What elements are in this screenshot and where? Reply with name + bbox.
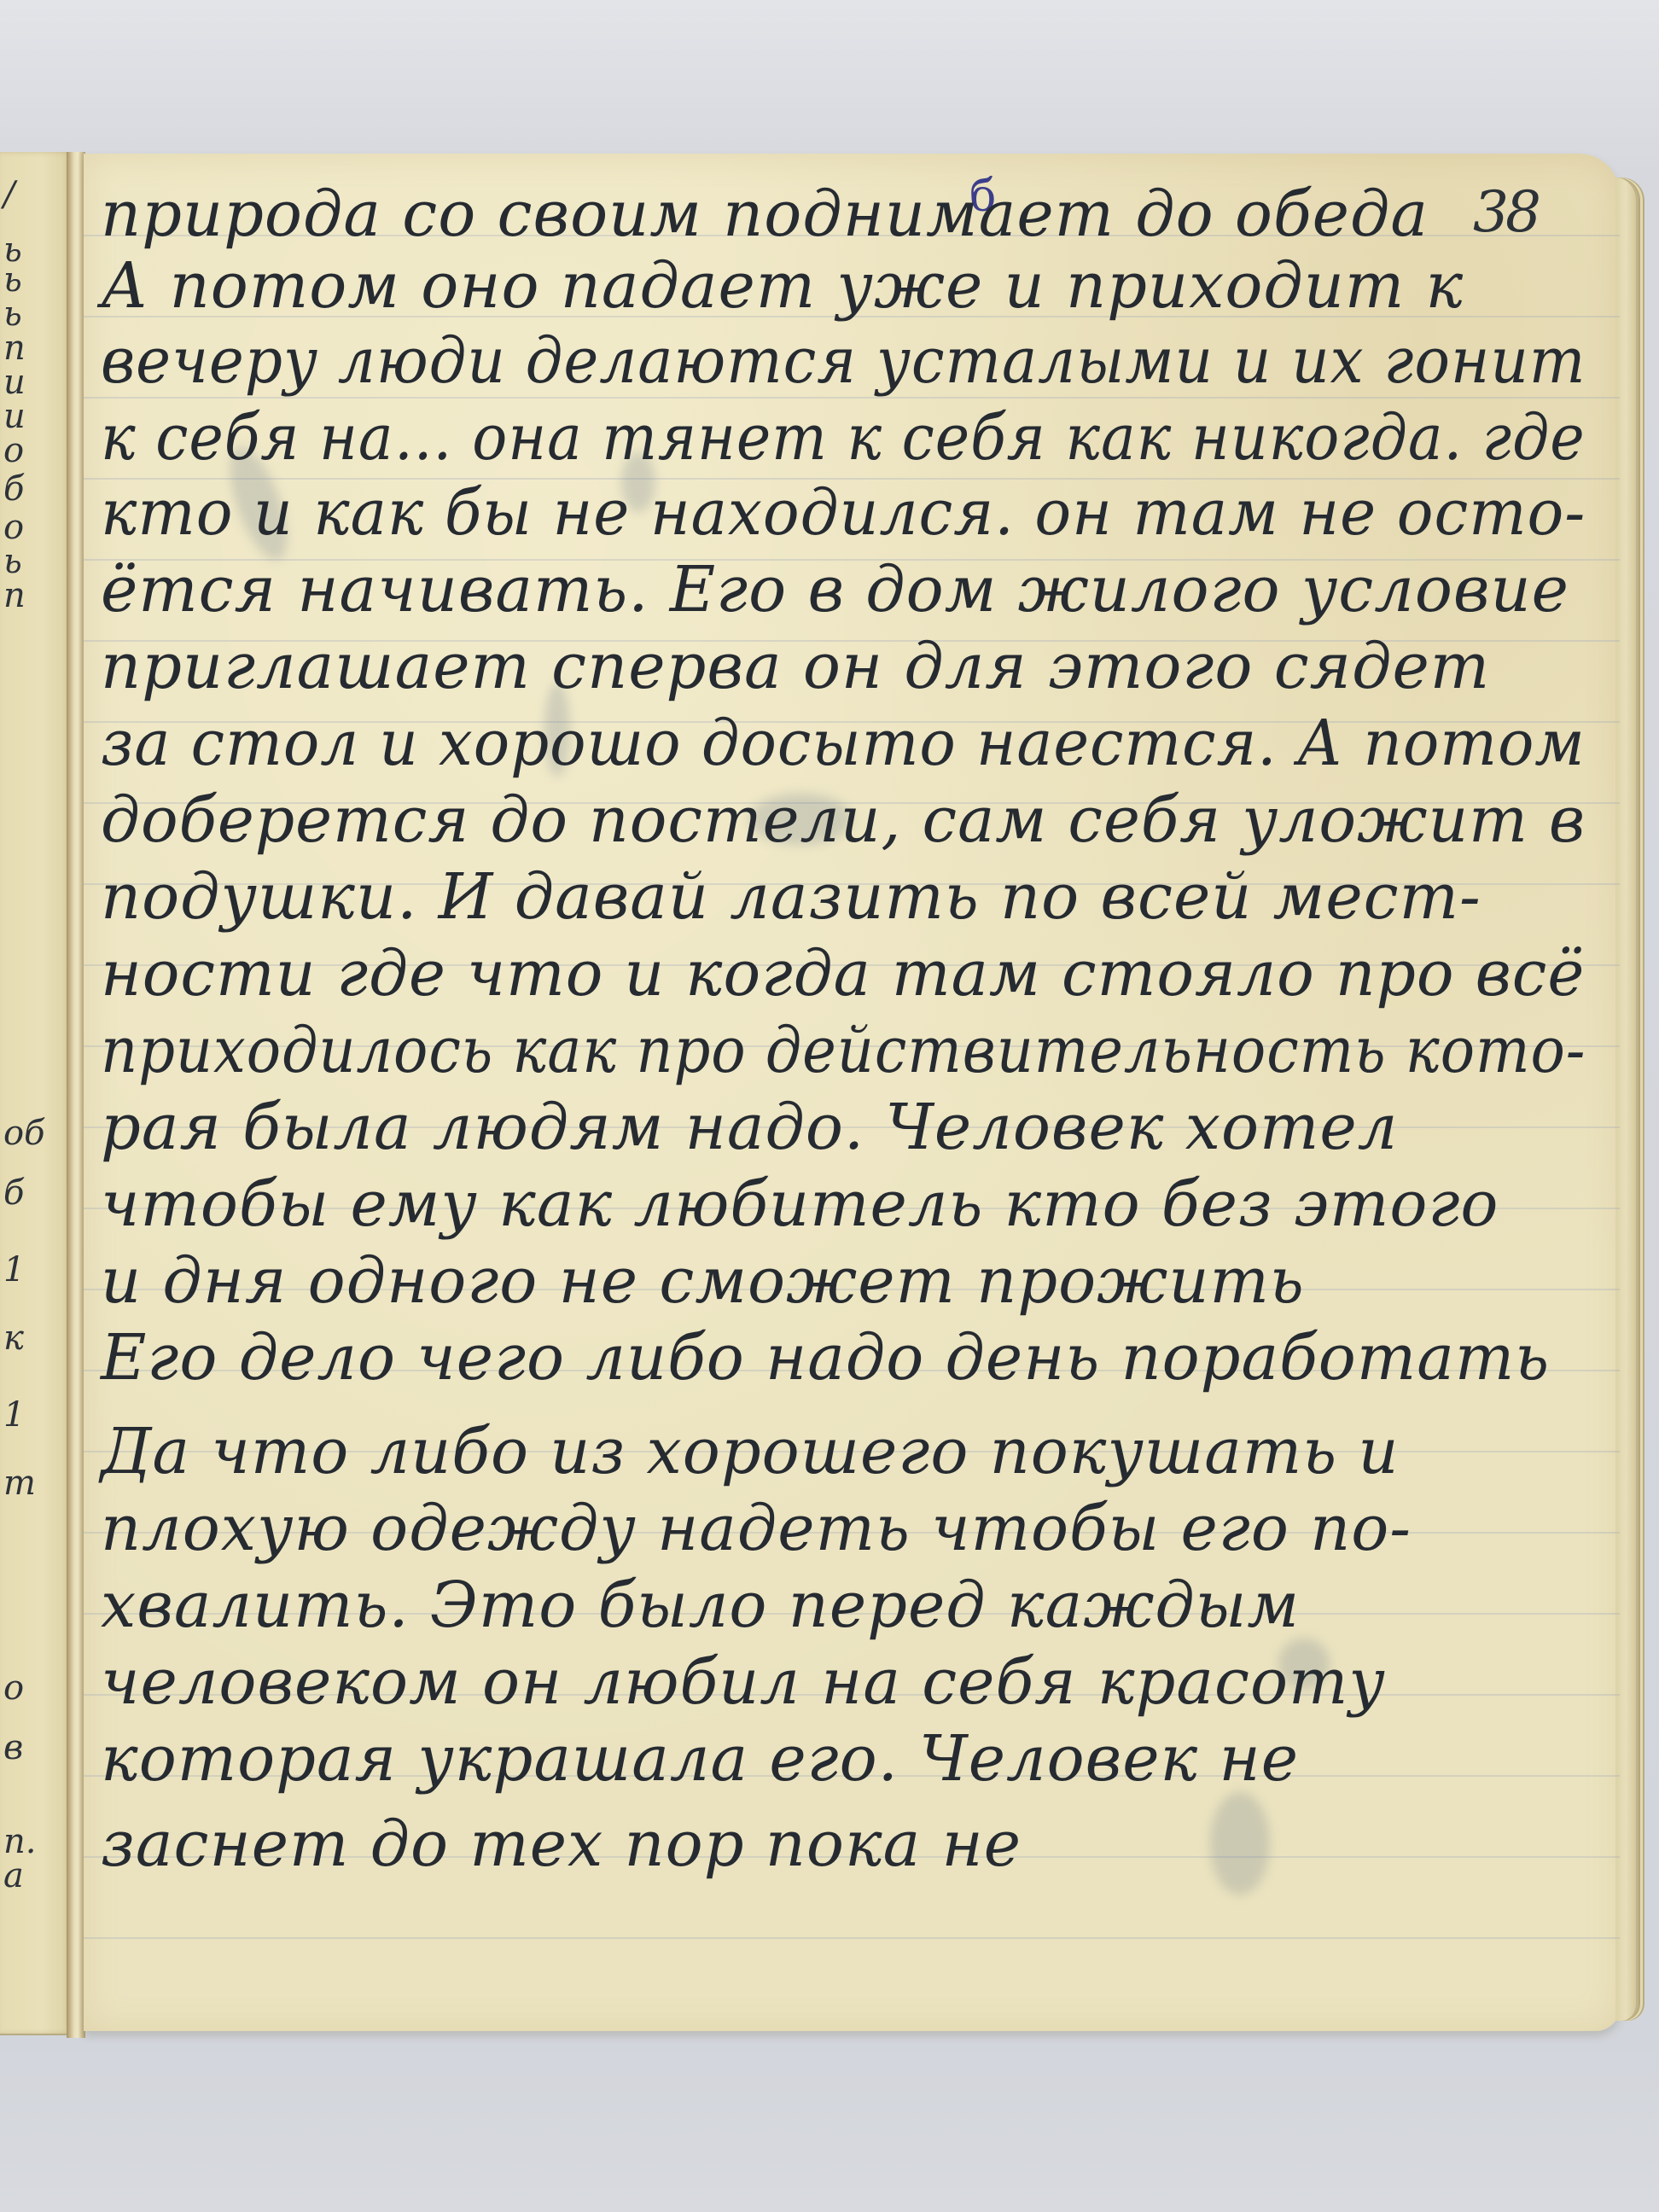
handwritten-line: приходилось как про действительность кот… — [101, 1014, 1462, 1087]
facing-page-strip: / ь ь ь п и и о б о ь п об б 1 к 1 т о в… — [0, 152, 70, 2035]
handwritten-line: Да что либо из хорошего покушать и — [101, 1415, 1586, 1488]
handwritten-line: и дня одного не сможет прожить — [101, 1244, 1586, 1318]
handwritten-line: рая была людям надо. Человек хотел — [101, 1091, 1586, 1164]
facing-page-fragment: и — [3, 365, 26, 399]
handwritten-line: А потом оно падает уже и приходит к — [101, 249, 1586, 323]
handwritten-line: хвалить. Это было перед каждым — [101, 1569, 1586, 1642]
handwritten-line: приглашает сперва он для этого сядет — [101, 630, 1586, 703]
facing-page-fragment: б — [3, 1176, 24, 1210]
handwritten-line: заснет до тех пор пока не — [101, 1807, 1586, 1881]
facing-page-fragment: 1 — [3, 1253, 25, 1287]
notebook-page: 38 б природа со своим поднимает до обеда… — [84, 154, 1620, 2031]
facing-page-fragment: об — [3, 1116, 45, 1150]
handwritten-line: за стол и хорошо досыто наестся. А потом — [101, 707, 1531, 780]
handwritten-line: кто и как бы не находился. он там не ост… — [101, 476, 1543, 550]
facing-page-fragment: в — [3, 1731, 23, 1765]
handwritten-line: вечеру люди делаются усталыми и их гонит — [101, 324, 1504, 398]
notebook-gutter — [67, 152, 85, 2038]
handwritten-line: ётся начивать. Его в дом жилого условие — [101, 553, 1586, 626]
facing-page-fragment: ь — [3, 544, 22, 579]
facing-page-fragment: к — [3, 1321, 24, 1355]
facing-page-fragment: т — [3, 1466, 36, 1500]
handwritten-line: ности где что и когда там стояло про всё — [101, 937, 1573, 1010]
facing-page-fragment: ь — [3, 263, 22, 297]
facing-page-fragment: о — [3, 1671, 24, 1705]
facing-page-fragment: п — [3, 579, 26, 613]
handwritten-line: природа со своим поднимает до обеда — [101, 178, 1586, 251]
facing-page-fragment: п — [3, 331, 26, 365]
facing-page-fragment: 1 — [3, 1398, 25, 1432]
facing-page-fragment: ь — [3, 297, 22, 331]
facing-page-fragment: а — [3, 1859, 24, 1893]
facing-page-fragment: о — [3, 434, 24, 468]
facing-page-fragment: о — [3, 510, 24, 544]
handwritten-line: Его дело чего либо надо день поработать — [101, 1321, 1586, 1394]
handwritten-line: к себя на… она тянет к себя как никогда.… — [101, 401, 1486, 474]
ruled-line — [84, 1937, 1620, 1939]
handwritten-line: доберется до постели, сам себя уложит в — [101, 783, 1573, 857]
handwritten-line: человеком он любил на себя красоту — [101, 1645, 1586, 1719]
handwritten-line: чтобы ему как любитель кто без этого — [101, 1167, 1586, 1241]
page-stack-edges — [1615, 178, 1639, 2021]
handwritten-line: подушки. И давай лазить по всей мест- — [101, 860, 1586, 934]
handwritten-line: плохую одежду надеть чтобы его по- — [101, 1492, 1586, 1565]
facing-page-fragment: п. — [3, 1825, 36, 1859]
facing-page-fragment: и — [3, 399, 26, 434]
handwritten-line: которая украшала его. Человек не — [101, 1722, 1586, 1796]
facing-page-fragment: б — [3, 472, 24, 506]
facing-page-fragment: / — [3, 178, 15, 212]
